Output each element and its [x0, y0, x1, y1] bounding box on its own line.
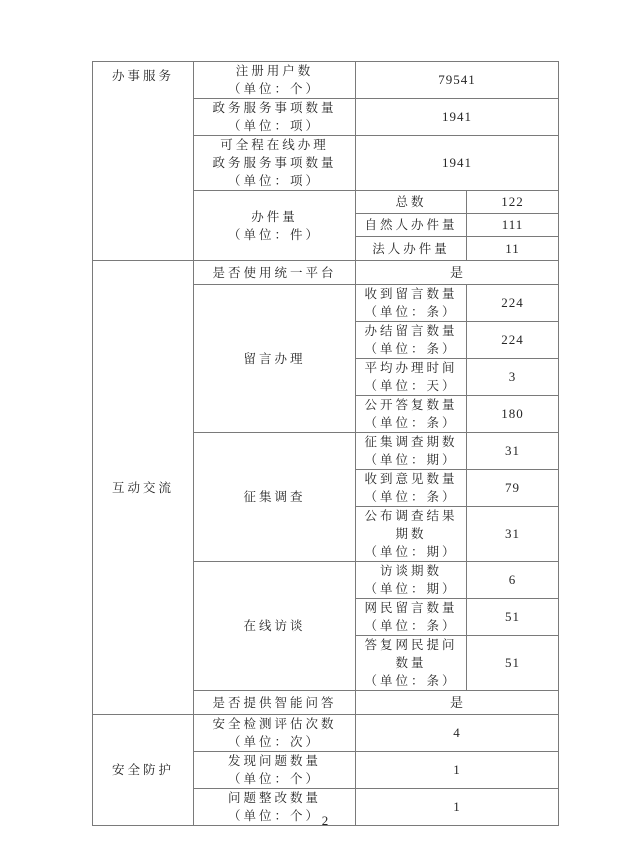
submetric-value: 111	[467, 214, 559, 237]
submetric-value: 122	[467, 191, 559, 214]
submetric-label: 收到留言数量 （单位：条）	[356, 285, 467, 322]
metric-value: 是	[356, 691, 559, 715]
metric-value: 4	[356, 715, 559, 752]
section-label-service: 办事服务	[93, 62, 194, 261]
metric-label: 是否使用统一平台	[194, 261, 356, 285]
submetric-label: 访谈期数 （单位：期）	[356, 562, 467, 599]
submetric-value: 224	[467, 322, 559, 359]
metric-value: 1	[356, 752, 559, 789]
submetric-value: 79	[467, 470, 559, 507]
table-row: 办事服务 注册用户数 （单位：个） 79541	[93, 62, 559, 99]
metric-label: 是否提供智能问答	[194, 691, 356, 715]
group-label: 留言办理	[194, 285, 356, 433]
submetric-value: 31	[467, 433, 559, 470]
submetric-value: 180	[467, 396, 559, 433]
table-row: 安全防护 安全检测评估次数 （单位：次） 4	[93, 715, 559, 752]
metric-value: 是	[356, 261, 559, 285]
metric-value: 1941	[356, 99, 559, 136]
metric-label: 安全检测评估次数 （单位：次）	[194, 715, 356, 752]
submetric-label: 办结留言数量 （单位：条）	[356, 322, 467, 359]
page-number: 2	[92, 813, 558, 829]
submetric-label: 自然人办件量	[356, 214, 467, 237]
submetric-label: 公布调查结果期数 （单位：期）	[356, 507, 467, 562]
submetric-label: 征集调查期数 （单位：期）	[356, 433, 467, 470]
metric-label: 发现问题数量 （单位：个）	[194, 752, 356, 789]
section-label-interaction: 互动交流	[93, 261, 194, 715]
submetric-label: 网民留言数量 （单位：条）	[356, 599, 467, 636]
submetric-value: 224	[467, 285, 559, 322]
metric-label: 注册用户数 （单位：个）	[194, 62, 356, 99]
submetric-label: 公开答复数量 （单位：条）	[356, 396, 467, 433]
submetric-value: 51	[467, 599, 559, 636]
submetric-value: 11	[467, 237, 559, 261]
section-label-security: 安全防护	[93, 715, 194, 826]
submetric-label: 收到意见数量 （单位：条）	[356, 470, 467, 507]
group-label: 办件量 （单位：件）	[194, 191, 356, 261]
submetric-value: 31	[467, 507, 559, 562]
submetric-label: 总数	[356, 191, 467, 214]
statistics-table: 办事服务 注册用户数 （单位：个） 79541 政务服务事项数量 （单位：项） …	[92, 61, 559, 826]
submetric-label: 法人办件量	[356, 237, 467, 261]
group-label: 征集调查	[194, 433, 356, 562]
group-label: 在线访谈	[194, 562, 356, 691]
metric-value: 1941	[356, 136, 559, 191]
metric-value: 79541	[356, 62, 559, 99]
submetric-label: 平均办理时间 （单位：天）	[356, 359, 467, 396]
metric-label: 可全程在线办理 政务服务事项数量 （单位：项）	[194, 136, 356, 191]
submetric-value: 51	[467, 636, 559, 691]
metric-label: 政务服务事项数量 （单位：项）	[194, 99, 356, 136]
submetric-value: 3	[467, 359, 559, 396]
submetric-value: 6	[467, 562, 559, 599]
document-page: 办事服务 注册用户数 （单位：个） 79541 政务服务事项数量 （单位：项） …	[0, 0, 633, 854]
submetric-label: 答复网民提问数量 （单位：条）	[356, 636, 467, 691]
table-row: 互动交流 是否使用统一平台 是	[93, 261, 559, 285]
